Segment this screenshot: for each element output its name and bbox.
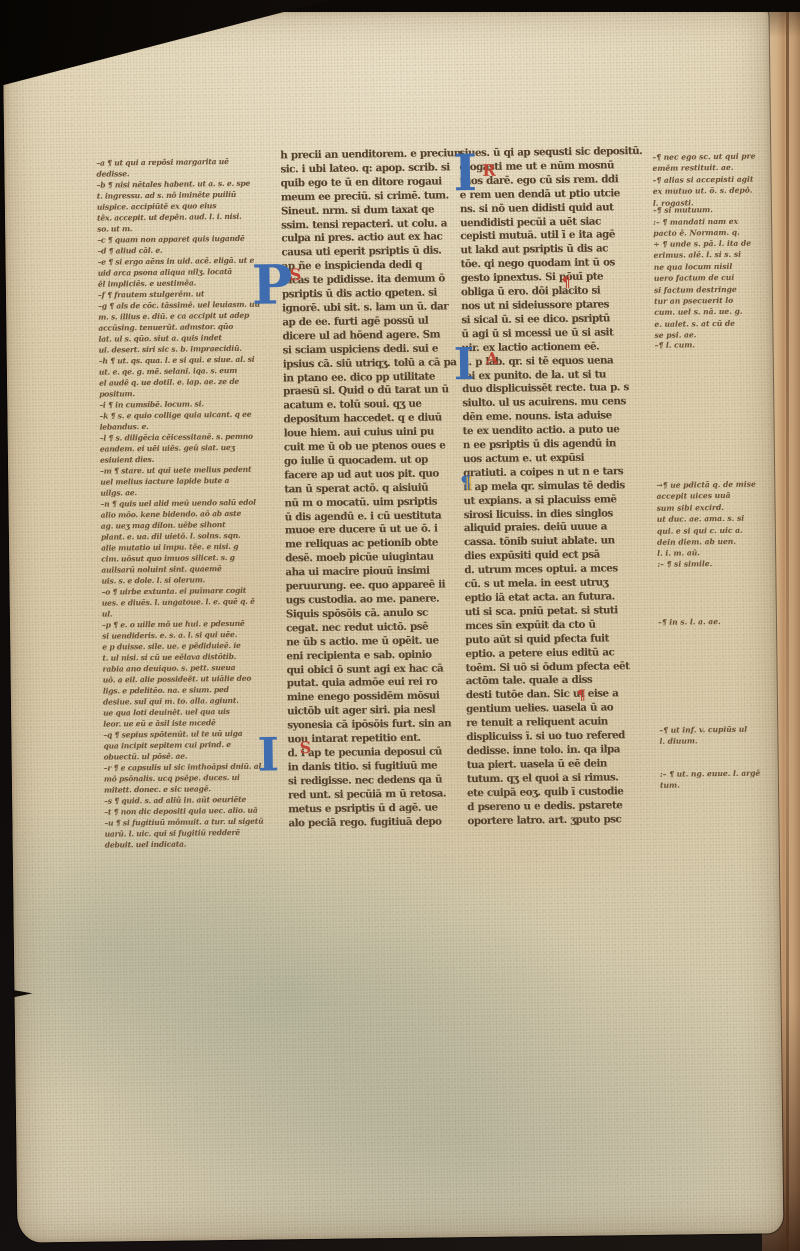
- main-text-column-2: siues. ū qi ap sequsti sic depositū.d og…: [459, 145, 664, 849]
- text-line: ū dis agendū e. i cū uestituta: [285, 509, 467, 525]
- paraph-red-1: ¶: [562, 276, 571, 290]
- initial-i-blue-2: I: [454, 343, 475, 387]
- margin-note: –¶ in s. l. a. ae.: [658, 616, 721, 628]
- margin-note: :– ¶ si simile.: [657, 558, 712, 570]
- initial-s-red-2: S: [299, 740, 311, 756]
- margin-note: –¶ l. cum.: [655, 339, 695, 351]
- book-photo: –a ¶ ut qui a repōsi margarita uēdedisse…: [0, 0, 800, 1251]
- text-line: tum.: [660, 779, 761, 792]
- page-edge-line: [786, 0, 789, 1251]
- text-line: oportere latro. art. ʒputo psc: [467, 812, 663, 828]
- text-line: –¶ nec ego sc. ut qui pre: [652, 151, 755, 164]
- text-line: emēm restituit. ae.: [652, 162, 755, 175]
- initial-r-red: R: [482, 163, 495, 179]
- text-line: red unt. si pecūiā m ū retosa.: [288, 787, 470, 803]
- text-line: siues. ū qi ap sequsti sic depositū.: [459, 145, 655, 161]
- text-line: debuit. uel indicata.: [105, 837, 293, 850]
- initial-i-blue-1: I: [453, 148, 477, 198]
- text-line: cum. uel s. nā. ue. g.: [654, 306, 752, 319]
- text-line: →¶ ue pdictā q. de mise: [656, 479, 756, 492]
- text-line: qui. e si qui c. uic a.: [657, 524, 757, 537]
- margin-note: –¶ ut inf. v. cupiūs ull. diuum.: [659, 724, 747, 748]
- text-line: :– ¶ si simile.: [657, 558, 712, 570]
- text-line: cuit me ū ob ue ptenos oues e: [284, 439, 466, 455]
- text-line: erimus. alē. l. si s. si: [653, 249, 751, 262]
- margin-note: →¶ ue pdictā q. de miseaccepit uices uuā…: [656, 479, 756, 560]
- text-line: meum ee preciū. si crimē. tum.: [281, 189, 463, 205]
- initial-p-blue: P: [252, 257, 293, 311]
- text-line: alo peciā rego. fugitiuā depo: [288, 815, 470, 831]
- paraph-red-2: ¶: [577, 689, 586, 703]
- margin-note: :– ¶ ut. ng. euue. l. argētum.: [660, 768, 761, 792]
- text-line: causa uti eperit psriptis ū dis.: [281, 244, 463, 260]
- margin-note: :– ¶ mandati nam expacto ē. Normam. q.: [653, 216, 740, 240]
- text-line: –¶ l. cum.: [655, 339, 695, 351]
- text-line: ignorē. ubi sit. s. lam un ū. dar: [282, 300, 464, 316]
- page-edge-tear: [11, 989, 32, 997]
- margin-note: –¶ si mutuum.: [653, 204, 713, 216]
- text-line: –¶ ut inf. v. cupiūs ul: [659, 724, 747, 736]
- text-line: :– ¶ ut. ng. euue. l. argē: [660, 768, 761, 781]
- text-line: ex mutuo ut. ō. s. depō.: [653, 185, 754, 198]
- text-line: –¶ si mutuum.: [653, 204, 713, 216]
- manuscript-page: –a ¶ ut qui a repōsi margarita uēdedisse…: [3, 5, 784, 1242]
- text-line: ut duc. ae. ama. s. si: [657, 513, 757, 526]
- text-line: ipsius cā. siū utriqʒ. tolū a cā pa: [283, 356, 465, 372]
- text-line: depositum haccedet. q e diuū: [283, 411, 465, 427]
- text-line: l. diuum.: [659, 735, 747, 747]
- right-margin-gloss: –¶ nec ego sc. ut qui preemēm restituit.…: [650, 5, 783, 1234]
- margin-note: ÷ ¶ unde s. pā. l. ita deerimus. alē. l.…: [653, 238, 752, 342]
- paraph-blue-gold: ¶: [460, 475, 471, 492]
- text-line: qui obici ō sunt agi ex hac cā: [286, 662, 468, 678]
- text-line: peruurung. ee. quo appareē ii: [285, 578, 467, 594]
- initial-i-blue-3: I: [257, 731, 279, 777]
- text-line: –¶ in s. l. a. ae.: [658, 616, 721, 628]
- margin-note: –¶ nec ego sc. ut qui preemēm restituit.…: [652, 151, 755, 175]
- initial-a-red: A: [486, 351, 499, 367]
- initial-s-red: S: [290, 267, 302, 283]
- text-line: syonesia cā ipōsōis furt. sin an: [287, 717, 469, 733]
- text-line: praesū si. Quid o dū tarat un ū: [283, 384, 465, 400]
- text-line: duo displicuissēt recte. tua p. s: [462, 381, 658, 397]
